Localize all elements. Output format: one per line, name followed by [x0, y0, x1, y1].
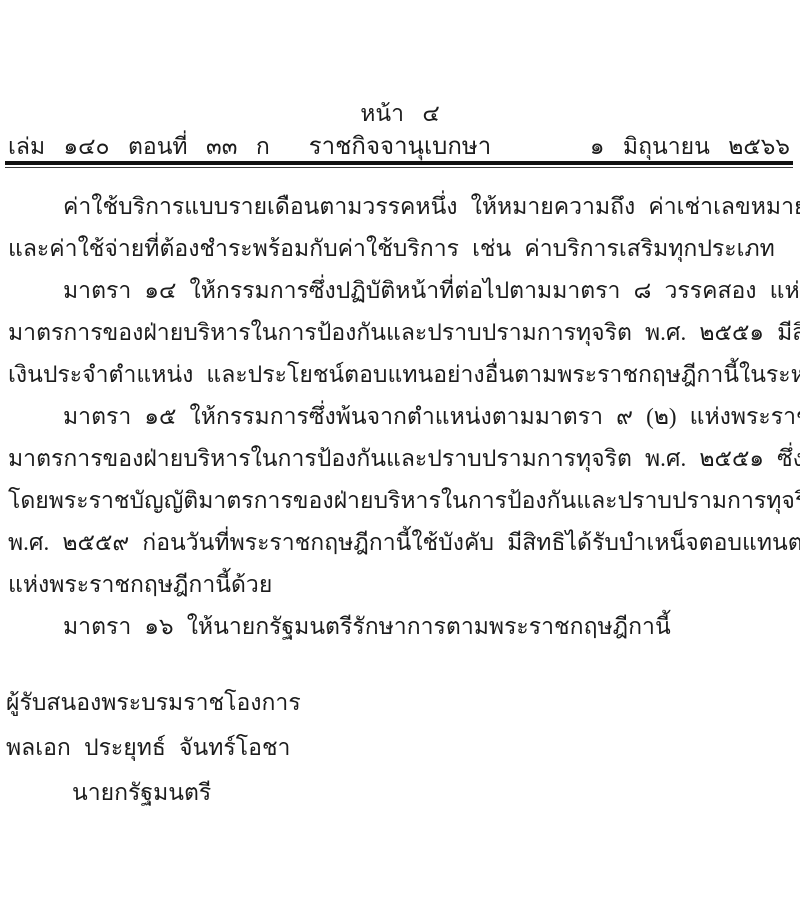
page-number-label: หน้า ๔ — [0, 98, 800, 130]
signer-name: พลเอก ประยุทธ์ จันทร์โอชา — [6, 725, 301, 770]
rule-thick — [5, 161, 793, 165]
body-line: และค่าใช้จ่ายที่ต้องชำระพร้อมกับค่าใช้บร… — [8, 228, 796, 270]
body-line-section-14: มาตรา ๑๔ ให้กรรมการซึ่งปฏิบัติหน้าที่ต่อ… — [8, 270, 796, 312]
body-line: ค่าใช้บริการแบบรายเดือนตามวรรคหนึ่ง ให้ห… — [8, 186, 796, 228]
body-line: เงินประจำตำแหน่ง และประโยชน์ตอบแทนอย่างอ… — [8, 354, 796, 396]
rule-thin — [5, 167, 793, 168]
body-line: แห่งพระราชกฤษฎีกานี้ด้วย — [8, 564, 796, 606]
body-line-section-15: มาตรา ๑๕ ให้กรรมการซึ่งพ้นจากตำแหน่งตามม… — [8, 396, 796, 438]
body-line: พ.ศ. ๒๕๕๙ ก่อนวันที่พระราชกฤษฎีกานี้ใช้บ… — [8, 522, 796, 564]
masthead-row: เล่ม ๑๔๐ ตอนที่ ๓๓ ก ราชกิจจานุเบกษา ๑ ม… — [8, 131, 792, 163]
body-line: มาตรการของฝ่ายบริหารในการป้องกันและปราบป… — [8, 438, 796, 480]
issue-date: ๑ มิถุนายน ๒๕๖๖ — [590, 131, 790, 163]
countersignature-block: ผู้รับสนองพระบรมราชโองการ พลเอก ประยุทธ์… — [6, 680, 301, 815]
body-line-section-16: มาตรา ๑๖ ให้นายกรัฐมนตรีรักษาการตามพระรา… — [8, 606, 796, 648]
body-line: โดยพระราชบัญญัติมาตรการของฝ่ายบริหารในกา… — [8, 480, 796, 522]
body-line: มาตรการของฝ่ายบริหารในการป้องกันและปราบป… — [8, 312, 796, 354]
signer-title: นายกรัฐมนตรี — [6, 770, 301, 815]
header-double-rule — [5, 161, 793, 171]
decree-body-text: ค่าใช้บริการแบบรายเดือนตามวรรคหนึ่ง ให้ห… — [8, 186, 796, 648]
gazette-page: หน้า ๔ เล่ม ๑๔๐ ตอนที่ ๓๓ ก ราชกิจจานุเบ… — [0, 0, 800, 907]
countersign-label: ผู้รับสนองพระบรมราชโองการ — [6, 680, 301, 725]
